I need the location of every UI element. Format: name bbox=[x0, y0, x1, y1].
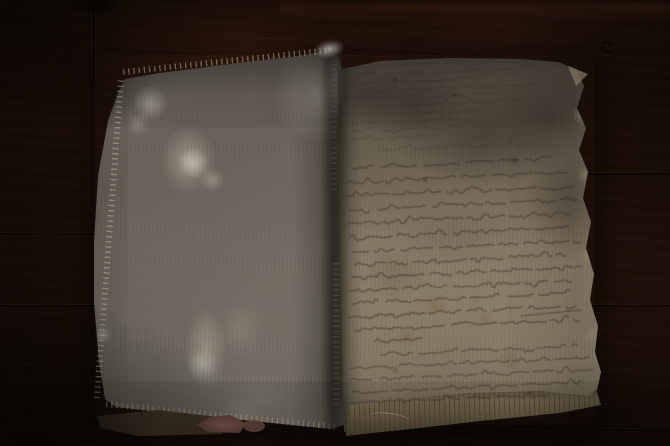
photo-scene bbox=[0, 0, 670, 446]
photo-grain bbox=[0, 0, 670, 446]
